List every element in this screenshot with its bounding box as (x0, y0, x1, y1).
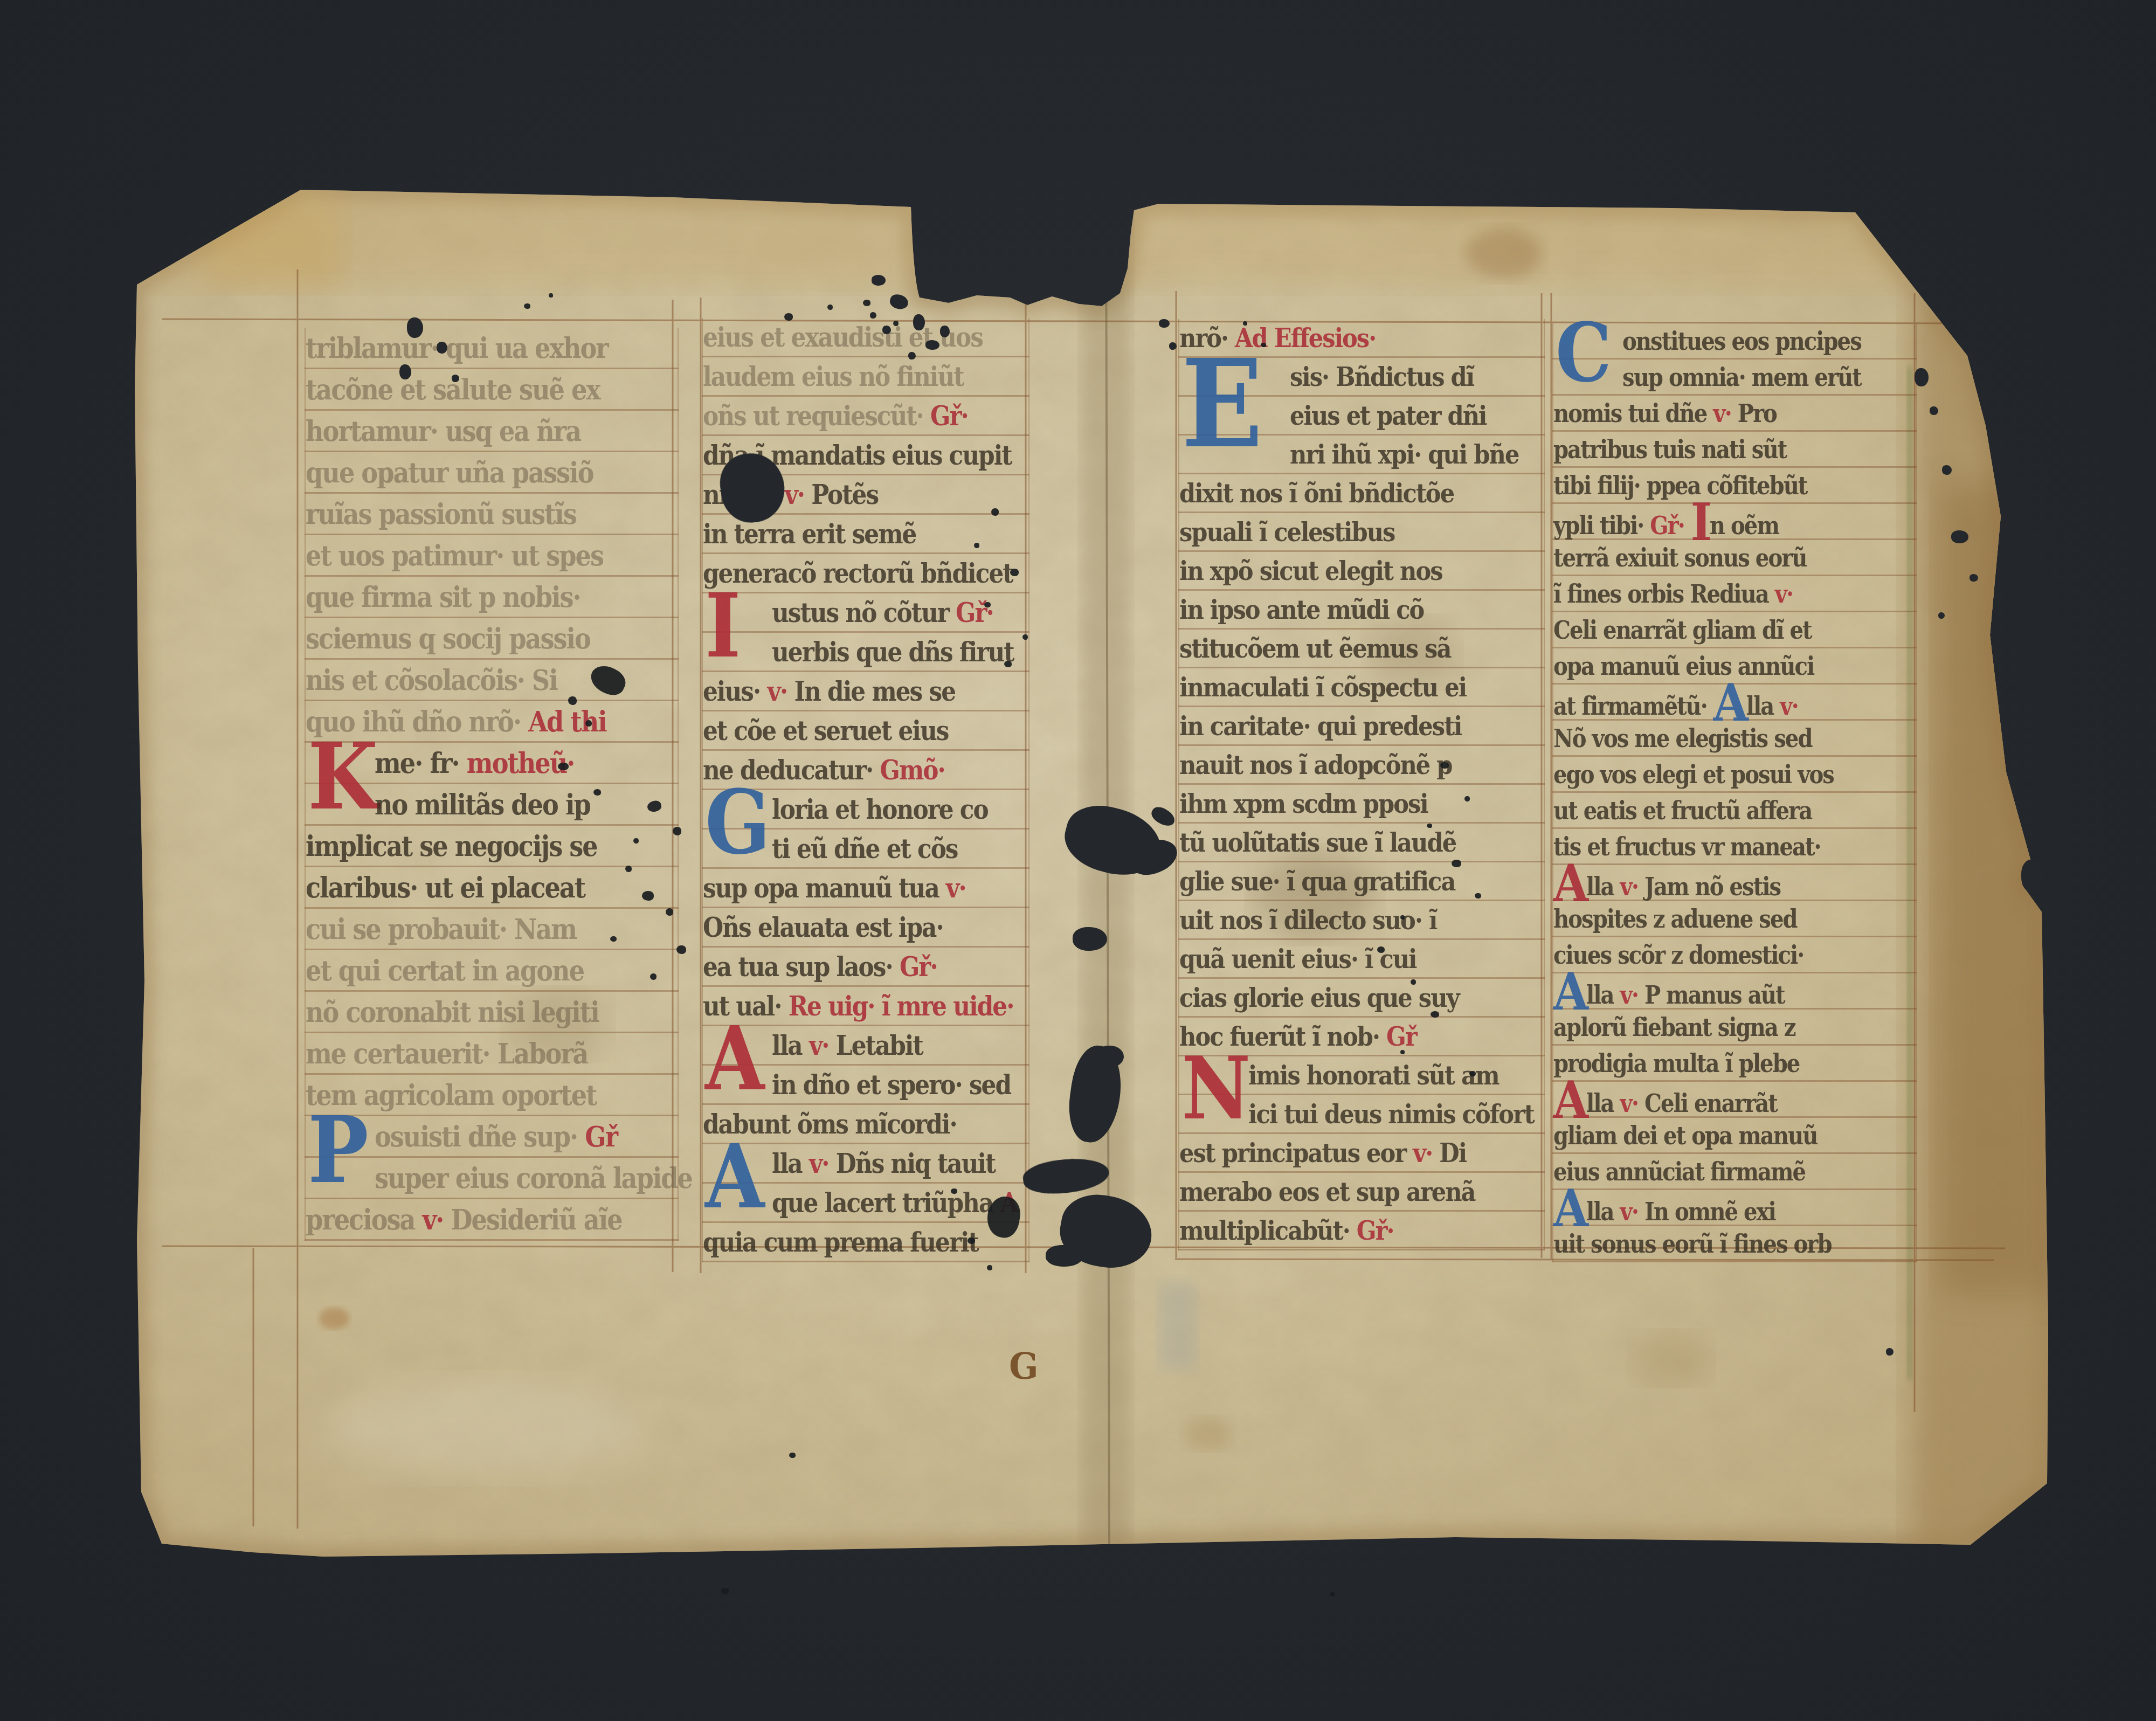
body-text: Jam nõ estis (1638, 873, 1780, 902)
text-line: uit nos ĩ dilecto suo· ĩ (1179, 898, 1544, 943)
ink-splatter (974, 543, 979, 548)
text-line: implicat se negocijs se (306, 823, 678, 870)
body-text: me· fr· (375, 747, 467, 780)
text-line: laudem eius nõ finiũt (703, 355, 1028, 399)
ink-splatter (1452, 860, 1461, 867)
ink-splatter (863, 300, 870, 306)
rubric-text: Gř· (900, 951, 937, 983)
body-text: lla (772, 1148, 809, 1179)
parchment-hole (1886, 1348, 1894, 1356)
ink-splatter (951, 1188, 957, 1194)
parchment-hole (1159, 319, 1170, 328)
rubric-text: v· (809, 1030, 829, 1061)
parchment-hole (870, 312, 876, 319)
body-text: que opatur uña passiõ (306, 456, 593, 489)
rubric-text: v· (1775, 580, 1793, 609)
text-line: ut eatis et fructũ affera (1553, 790, 1916, 831)
ink-splatter (968, 1238, 975, 1244)
body-text: ciues scõr z domestici· (1553, 941, 1803, 970)
body-text: ruĩas passionũ sustĩs (306, 497, 576, 531)
text-line: in dño et spero· sed (703, 1063, 1028, 1108)
body-text: uit sonus eorũ ĩ fines orb (1553, 1230, 1832, 1259)
body-text: sciemus q socij passio (306, 622, 590, 655)
parchment-hole (2021, 860, 2043, 892)
text-line: in caritate· qui predesti (1179, 704, 1544, 749)
body-text: stitucõem ut ẽemus sã (1179, 633, 1450, 664)
body-text: in terra erit semẽ (703, 519, 916, 550)
body-text: In die mes se (787, 676, 955, 707)
rubric-text: v· (1780, 692, 1798, 721)
body-text: inmaculati ĩ cõspectu ei (1179, 672, 1466, 703)
manuscript-column-recto-col-a: nrõ· Ad Effesios·Esis· Bñdictus dĩeius e… (1178, 319, 1545, 1250)
body-text: Desideriũ aĩe (443, 1203, 621, 1236)
body-text: cias glorie eius que suy (1179, 982, 1459, 1013)
text-line: eius· v· In die mes se (703, 669, 1028, 714)
rubric-text: v· (1620, 873, 1638, 902)
text-line: tũ uolũtatis sue ĩ laudẽ (1179, 821, 1544, 865)
body-text: gliam dei et opa manuũ (1553, 1122, 1817, 1151)
body-text: at firmamẽtũ· (1553, 692, 1713, 721)
ink-splatter (1400, 1050, 1405, 1054)
text-line: me certauerit· Laborã (306, 1031, 678, 1078)
body-text: Letabit (829, 1030, 923, 1061)
parchment-hole (399, 364, 411, 379)
ink-splatter (1464, 796, 1470, 801)
ink-splatter (827, 305, 833, 310)
ink-splatter (1022, 634, 1028, 640)
parchment-hole (913, 314, 925, 330)
text-line: ea tua sup laos· Gř· (703, 945, 1028, 990)
text-line: multiplicabũt· Gř· (1179, 1209, 1544, 1253)
rubric-text: v· (1413, 1137, 1432, 1169)
ink-splatter (784, 313, 793, 321)
parchment-hole (437, 342, 447, 354)
body-text: implicat se negocijs se (306, 830, 597, 863)
body-text: Nõ vos me elegistis sed (1553, 724, 1812, 754)
text-line: nauit nos ĩ adopcõnẽ p (1179, 743, 1544, 787)
body-text: Oñs elauata est ipa· (703, 912, 943, 943)
text-line: et uos patimur· ut spes (306, 533, 678, 580)
body-text: sup opa manuũ tua (703, 873, 946, 904)
text-line: tibi filij· ppea cõfitebũt (1553, 465, 1916, 506)
body-text: Celi enarrãt (1638, 1089, 1777, 1118)
gray-smudge-near-fold (1159, 1283, 1197, 1369)
ink-splatter (585, 720, 592, 727)
body-text: eius et pater dñi (1290, 400, 1487, 431)
stain (1772, 148, 1828, 186)
ink-splatter (1010, 569, 1019, 576)
body-text: ea tua sup laos· (703, 951, 900, 983)
text-line: merabo eos et sup arenã (1179, 1170, 1544, 1214)
text-line: et cõe et seruet eius (703, 709, 1028, 754)
text-line: in xpõ sicut elegit nos (1179, 549, 1544, 593)
body-text: quia cum prema fuerit (703, 1227, 978, 1258)
parchment-hole (1046, 1245, 1083, 1267)
parchment-hole (882, 326, 891, 334)
parchment-hole (872, 275, 886, 286)
text-line: ruĩas passionũ sustĩs (306, 491, 678, 538)
body-text: terrã exiuit sonus eorũ (1553, 544, 1807, 573)
text-line: Alla v· Letabit (703, 1024, 1028, 1068)
body-text: uit nos ĩ dilecto suo· ĩ (1179, 904, 1436, 936)
body-text: cui se probauit· Nam (306, 913, 576, 946)
text-line: que lacert triũpha A (703, 1181, 1028, 1226)
ink-splatter (1377, 946, 1385, 953)
manuscript-column-verso-col-a: triblamur· qui ua exhortacõne et salute … (305, 328, 679, 1241)
rubric-text: v· (1620, 1089, 1638, 1118)
body-text: nri ihũ xpi· qui bñe (1290, 439, 1518, 470)
body-text: ici tui deus nimis cõfort (1248, 1098, 1534, 1130)
text-line: eius annũciat firmamẽ (1553, 1151, 1916, 1192)
text-line: ego vos elegi et posui vos (1553, 754, 1916, 795)
text-line: cias glorie eius que suy (1179, 976, 1544, 1020)
body-text: lla (1586, 1198, 1620, 1227)
ink-splatter (593, 789, 601, 796)
ink-splatter (1431, 1011, 1439, 1018)
text-line: Iustus nõ cõtur Gř· (703, 591, 1028, 635)
text-line: sup opa manuũ tua v· (703, 866, 1028, 911)
ink-splatter (558, 763, 569, 770)
text-line: Gloria et honore co (703, 787, 1028, 832)
stain (1633, 1333, 1709, 1383)
rubric-text: v· (1620, 981, 1638, 1010)
ink-splatter (633, 838, 639, 844)
body-text: laudem eius nõ finiũt (703, 361, 964, 392)
body-text: Potẽs (804, 479, 878, 510)
parchment-hole (1097, 1046, 1124, 1067)
text-line: aplorũ fiebant signa z (1553, 1007, 1916, 1048)
text-line: patribus tuis nati sũt (1553, 429, 1916, 470)
text-line: Celi enarrãt gliam dĩ et (1553, 610, 1916, 651)
body-text: Di (1432, 1137, 1466, 1169)
body-text: tũ uolũtatis sue ĩ laudẽ (1179, 827, 1456, 858)
quire-signature-letter: G (1009, 1345, 1039, 1388)
body-text: que firma sit p nobis· (306, 580, 581, 614)
text-line: in ipso ante mũdi cõ (1179, 588, 1544, 632)
body-text: tis et fructus vr maneat· (1553, 833, 1821, 862)
parchment-hole (452, 375, 459, 382)
text-line: ciues scõr z domestici· (1553, 935, 1916, 976)
ink-splatter (1261, 343, 1266, 347)
ink-splatter (666, 908, 673, 916)
parchment-hole (1951, 530, 1968, 543)
top-margin-toning (135, 183, 1994, 286)
body-text: P manus aũt (1638, 981, 1785, 1010)
rubric-text: Gř· (930, 400, 968, 432)
text-line: preciosa v· Desideriũ aĩe (306, 1197, 678, 1244)
ink-splatter (987, 1265, 992, 1270)
ink-splatter (676, 945, 686, 954)
ink-splatter (650, 973, 657, 980)
text-line: glie sue· ĩ qua gratifica (1179, 860, 1544, 904)
right-edge-stain-band-2 (1940, 485, 2059, 1294)
ink-splatter (991, 508, 999, 516)
text-line: inmaculati ĩ cõspectu ei (1179, 666, 1544, 710)
body-text: nis et cõsolacõis· Si (306, 663, 557, 697)
rubric-text: motheũ· (467, 747, 575, 780)
parchment-hole (407, 317, 423, 338)
ink-splatter (721, 1588, 729, 1594)
ink-splatter (1475, 893, 1481, 898)
rubric-text: v· (784, 479, 804, 510)
body-text: prodigia multa ĩ plebe (1553, 1049, 1799, 1079)
ink-splatter (568, 696, 577, 705)
body-text: in ipso ante mũdi cõ (1179, 594, 1423, 625)
photograph-of-manuscript-leaf: triblamur· qui ua exhortacõne et salute … (0, 0, 2156, 1721)
body-text: merabo eos et sup arenã (1179, 1176, 1475, 1207)
text-line: tacõne et salute suẽ ex (306, 367, 678, 414)
body-text: in xpõ sicut elegit nos (1179, 555, 1442, 586)
ink-splatter (673, 827, 681, 835)
ink-splatter (549, 293, 553, 298)
body-text: In omnẽ exi (1638, 1198, 1775, 1227)
body-text: que lacert triũpha (772, 1187, 1000, 1219)
body-text: opa manuũ eius annũci (1553, 652, 1814, 681)
stain (319, 1308, 349, 1329)
top-left-stain (205, 194, 340, 286)
text-line: Nimis honorati sũt am (1179, 1054, 1544, 1098)
text-line: que opatur uña passiõ (306, 450, 678, 497)
ink-splatter (1469, 1071, 1476, 1076)
body-text: aplorũ fiebant signa z (1553, 1013, 1795, 1042)
text-line: nri ihũ xpi· qui bñe (1179, 433, 1544, 477)
text-line: eius et pater dñi (1179, 394, 1544, 438)
text-line: generacõ rectorũ bñdicet (703, 551, 1028, 596)
rubric-text: Gmõ· (880, 755, 945, 786)
body-text: loria et honore co (772, 794, 988, 825)
text-line: hortamur· usq ea ñra (306, 408, 678, 455)
ink-splatter (524, 303, 530, 309)
ink-splatter (789, 1453, 796, 1458)
body-text: eius· (703, 676, 768, 707)
body-text: generacõ rectorũ bñdicet (703, 558, 1012, 589)
body-text: n oẽm (1710, 512, 1779, 541)
parchment-hole (908, 352, 916, 360)
rubric-text: Gř· (1650, 512, 1690, 541)
light-patch (323, 1380, 647, 1477)
body-text: eius annũciat firmamẽ (1553, 1158, 1805, 1187)
rubric-text: v· (423, 1203, 444, 1236)
body-text: nomis tui dñe (1553, 399, 1713, 428)
ink-splatter (1400, 915, 1405, 920)
text-line: Alla v· Dñs niq tauit (703, 1142, 1028, 1186)
rubric-text: Gř (1386, 1021, 1416, 1052)
text-line: nõ coronabit nisi legiti (306, 989, 678, 1036)
ink-splatter (1427, 824, 1432, 828)
parchment-hole (925, 340, 939, 350)
body-text: ut eatis et fructũ affera (1553, 797, 1812, 826)
text-line: ici tui deus nimis cõfort (1179, 1093, 1544, 1137)
text-line: ypli tibi· Gř· In oẽm (1553, 501, 1916, 542)
body-text: in caritate· qui predesti (1179, 710, 1462, 742)
body-text: lla (1746, 692, 1780, 721)
body-text: oñs ut requiescũt· (703, 400, 930, 432)
text-line: quã uenit eius· ĩ cui (1179, 937, 1544, 982)
text-line: et qui certat in agone (306, 948, 678, 995)
parchment-hole (1938, 612, 1945, 619)
rubric-text: v· (809, 1148, 829, 1179)
body-text: super eius coronã lapide (375, 1162, 692, 1195)
body-text: tibi filij· ppea cõfitebũt (1553, 472, 1807, 501)
body-text: lla (772, 1030, 809, 1061)
text-line: oñs ut requiescũt· Gř· (703, 394, 1028, 439)
text-line: Alla v· Jam nõ estis (1553, 862, 1916, 903)
parchment-hole (1930, 406, 1938, 415)
text-line: at firmamẽtũ· Alla v· (1553, 682, 1916, 723)
text-line: tis et fructus vr maneat· (1553, 826, 1916, 867)
body-text: et qui certat in agone (306, 954, 584, 987)
body-text: sis· Bñdictus dĩ (1290, 361, 1474, 392)
body-text: hospites z aduene sed (1553, 905, 1797, 934)
body-text: ego vos elegi et posui vos (1553, 761, 1834, 790)
body-text: spuali ĩ celestibus (1179, 516, 1394, 548)
parchment-hole (1169, 342, 1177, 350)
text-line: triblamur· qui ua exhor (306, 325, 678, 372)
ink-splatter (1411, 979, 1416, 985)
body-text: claribus· ut ei placeat (306, 871, 585, 904)
parchment-hole (1073, 927, 1107, 951)
body-text: lla (1586, 1089, 1620, 1118)
body-text: ypli tibi· (1553, 512, 1650, 541)
rubric-text: v· (946, 873, 966, 904)
text-line: uit sonus eorũ ĩ fines orb (1553, 1224, 1916, 1264)
light-patch (738, 221, 879, 286)
text-line: eius et exaudisti et uos (703, 315, 1028, 360)
text-line: est principatus eor v· Di (1179, 1131, 1544, 1176)
ink-splatter (1440, 762, 1449, 769)
text-line: ĩ fines orbis Rediua v· (1553, 573, 1916, 614)
text-line: nomis tui dñe v· Pro (1553, 393, 1916, 434)
body-text: ustus nõ cõtur (772, 597, 956, 628)
text-line: terrã exiuit sonus eorũ (1553, 537, 1916, 578)
parchment-hole (1942, 465, 1952, 475)
text-line: quia cum prema fuerit (703, 1220, 1028, 1265)
body-text: lla (1586, 873, 1620, 902)
body-text: Celi enarrãt gliam dĩ et (1553, 616, 1812, 645)
ink-splatter (1004, 661, 1012, 667)
body-text: et cõe et seruet eius (703, 715, 948, 747)
text-line: Kme· fr· motheũ· (306, 740, 678, 787)
ink-splatter (625, 866, 632, 872)
body-text: osuisti dñe sup· (375, 1120, 585, 1153)
text-line: Alla v· Celi enarrãt (1553, 1079, 1916, 1120)
body-text: lla (1586, 981, 1620, 1010)
text-line: claribus· ut ei placeat (306, 865, 678, 912)
body-text: preciosa (306, 1203, 423, 1236)
text-line: prodigia multa ĩ plebe (1553, 1043, 1916, 1084)
text-line: ti eũ dñe et cõs (703, 827, 1028, 872)
body-text: onstitues eos pncipes (1622, 327, 1861, 356)
text-line: uerbis que dñs firut (703, 630, 1028, 675)
body-text: glie sue· ĩ qua gratifica (1179, 866, 1455, 897)
text-line: spuali ĩ celestibus (1179, 510, 1544, 555)
text-line: Alla v· In omnẽ exi (1553, 1187, 1916, 1228)
text-line: Constitues eos pncipes (1553, 321, 1916, 362)
body-text: ihm xpm scdm pposi (1179, 788, 1428, 819)
text-line: super eius coronã lapide (306, 1155, 678, 1202)
body-text: no militãs deo ip (375, 788, 590, 821)
text-line: sup omnia· mem erũt (1553, 357, 1916, 398)
manuscript-column-recto-col-b: Constitues eos pncipessup omnia· mem erũ… (1552, 323, 1917, 1262)
body-text: ĩ fines orbis Rediua (1553, 580, 1775, 609)
rubric-text: Gř· (1357, 1215, 1394, 1246)
rubric-text: Gř (585, 1120, 617, 1153)
body-text: multiplicabũt· (1179, 1215, 1357, 1246)
text-line: Alla v· P manus aũt (1553, 971, 1916, 1012)
rubric-text: v· (768, 676, 787, 707)
text-line: Esis· Bñdictus dĩ (1179, 355, 1544, 399)
body-text: ti eũ dñe et cõs (772, 833, 958, 865)
body-text: nõ coronabit nisi legiti (306, 996, 599, 1029)
body-text: Dñs niq tauit (829, 1148, 996, 1179)
parchment-hole (1970, 574, 1978, 582)
parchment-hole (940, 326, 950, 337)
body-text: uerbis que dñs firut (772, 637, 1014, 668)
text-line: cui se probauit· Nam (306, 906, 678, 953)
rubric-text: Re uig· ĩ mre uide· (789, 991, 1014, 1022)
body-text: sup omnia· mem erũt (1622, 363, 1861, 392)
parchment-hole (1915, 368, 1929, 386)
text-line: dixit nos ĩ õni bñdictõe (1179, 472, 1544, 516)
body-text: me certauerit· Laborã (306, 1037, 588, 1070)
text-line: Posuisti dñe sup· Gř (306, 1114, 678, 1161)
text-line: Oñs elauata est ipa· (703, 906, 1028, 950)
ink-splatter (1243, 321, 1247, 326)
body-text: Pro (1731, 399, 1777, 428)
ink-splatter (610, 936, 617, 942)
text-line: Nõ vos me elegistis sed (1553, 718, 1916, 759)
body-text: nauit nos ĩ adopcõnẽ p (1179, 749, 1452, 780)
body-text: est principatus eor (1179, 1137, 1413, 1169)
ink-splatter (893, 321, 899, 326)
stain (1466, 227, 1542, 279)
text-line: que firma sit p nobis· (306, 574, 678, 621)
body-text: dixit nos ĩ õni bñdictõe (1179, 478, 1454, 509)
rubric-text: v· (1620, 1198, 1638, 1227)
body-text: et uos patimur· ut spes (306, 539, 603, 572)
text-line: hospites z aduene sed (1553, 898, 1916, 939)
text-line: gliam dei et opa manuũ (1553, 1115, 1916, 1156)
text-line: ihm xpm scdm pposi (1179, 782, 1544, 826)
stain (1184, 1418, 1231, 1450)
body-text: patribus tuis nati sũt (1553, 436, 1786, 465)
ink-splatter (1330, 1592, 1335, 1596)
body-text: hortamur· usq ea ñra (306, 414, 581, 448)
ink-splatter (642, 891, 654, 901)
rubric-text: Ad thi (528, 705, 606, 738)
body-text: imis honorati sũt am (1248, 1060, 1499, 1091)
body-text: in dño et spero· sed (772, 1069, 1011, 1101)
body-text: triblamur· qui ua exhor (306, 331, 608, 365)
text-line: stitucõem ut ẽemus sã (1179, 627, 1544, 671)
text-line: sciemus q socij passio (306, 616, 678, 663)
rubric-text: v· (1713, 399, 1731, 428)
text-line: no militãs deo ip (306, 782, 678, 829)
ink-splatter (984, 602, 991, 607)
